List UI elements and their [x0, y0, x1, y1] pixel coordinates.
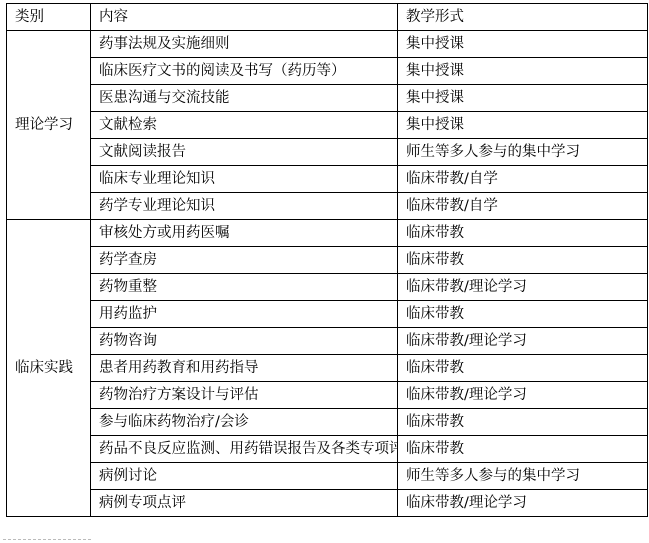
form-cell: 临床带教/理论学习 — [398, 490, 648, 517]
content-cell: 审核处方或用药医嘱 — [91, 220, 398, 247]
table-row: 医患沟通与交流技能 集中授课 — [7, 85, 648, 112]
form-cell: 师生等多人参与的集中学习 — [398, 139, 648, 166]
content-cell: 用药监护 — [91, 301, 398, 328]
form-cell: 临床带教 — [398, 301, 648, 328]
header-category: 类别 — [7, 4, 91, 31]
header-content: 内容 — [91, 4, 398, 31]
page-edge-divider — [3, 539, 91, 540]
form-cell: 临床带教/理论学习 — [398, 274, 648, 301]
form-cell: 临床带教 — [398, 247, 648, 274]
content-cell: 药学专业理论知识 — [91, 193, 398, 220]
content-cell: 药物治疗方案设计与评估 — [91, 382, 398, 409]
content-cell: 参与临床药物治疗/会诊 — [91, 409, 398, 436]
form-cell: 集中授课 — [398, 31, 648, 58]
form-cell: 临床带教/理论学习 — [398, 328, 648, 355]
content-cell: 药物咨询 — [91, 328, 398, 355]
table-row: 文献检索 集中授课 — [7, 112, 648, 139]
table-row: 临床医疗文书的阅读及书写（药历等） 集中授课 — [7, 58, 648, 85]
content-cell: 医患沟通与交流技能 — [91, 85, 398, 112]
form-cell: 临床带教/理论学习 — [398, 382, 648, 409]
header-form: 教学形式 — [398, 4, 648, 31]
table-row: 药学专业理论知识 临床带教/自学 — [7, 193, 648, 220]
content-cell: 患者用药教育和用药指导 — [91, 355, 398, 382]
table-row: 患者用药教育和用药指导 临床带教 — [7, 355, 648, 382]
form-cell: 临床带教 — [398, 355, 648, 382]
content-cell: 文献检索 — [91, 112, 398, 139]
table-row: 药学查房 临床带教 — [7, 247, 648, 274]
form-cell: 临床带教 — [398, 220, 648, 247]
category-cell-practice: 临床实践 — [7, 220, 91, 517]
form-cell: 师生等多人参与的集中学习 — [398, 463, 648, 490]
table-row: 用药监护 临床带教 — [7, 301, 648, 328]
table-row: 理论学习 药事法规及实施细则 集中授课 — [7, 31, 648, 58]
table-row: 药物重整 临床带教/理论学习 — [7, 274, 648, 301]
content-cell: 文献阅读报告 — [91, 139, 398, 166]
form-cell: 临床带教/自学 — [398, 166, 648, 193]
table-row: 临床专业理论知识 临床带教/自学 — [7, 166, 648, 193]
content-cell: 病例讨论 — [91, 463, 398, 490]
category-cell-theory: 理论学习 — [7, 31, 91, 220]
table-row: 药物治疗方案设计与评估 临床带教/理论学习 — [7, 382, 648, 409]
content-cell: 病例专项点评 — [91, 490, 398, 517]
table-row: 临床实践 审核处方或用药医嘱 临床带教 — [7, 220, 648, 247]
form-cell: 集中授课 — [398, 58, 648, 85]
form-cell: 临床带教/自学 — [398, 193, 648, 220]
content-cell: 药品不良反应监测、用药错误报告及各类专项评估记录 — [91, 436, 398, 463]
header-row: 类别 内容 教学形式 — [7, 4, 648, 31]
form-cell: 集中授课 — [398, 112, 648, 139]
content-cell: 药事法规及实施细则 — [91, 31, 398, 58]
table-row: 病例讨论 师生等多人参与的集中学习 — [7, 463, 648, 490]
content-cell: 药学查房 — [91, 247, 398, 274]
content-cell: 药物重整 — [91, 274, 398, 301]
form-cell: 临床带教 — [398, 436, 648, 463]
content-cell: 临床专业理论知识 — [91, 166, 398, 193]
form-cell: 临床带教 — [398, 409, 648, 436]
table-row: 药物咨询 临床带教/理论学习 — [7, 328, 648, 355]
table-row: 药品不良反应监测、用药错误报告及各类专项评估记录 临床带教 — [7, 436, 648, 463]
content-cell: 临床医疗文书的阅读及书写（药历等） — [91, 58, 398, 85]
table-row: 参与临床药物治疗/会诊 临床带教 — [7, 409, 648, 436]
table-row: 病例专项点评 临床带教/理论学习 — [7, 490, 648, 517]
table-row: 文献阅读报告 师生等多人参与的集中学习 — [7, 139, 648, 166]
form-cell: 集中授课 — [398, 85, 648, 112]
curriculum-table: 类别 内容 教学形式 理论学习 药事法规及实施细则 集中授课 临床医疗文书的阅读… — [6, 3, 648, 517]
